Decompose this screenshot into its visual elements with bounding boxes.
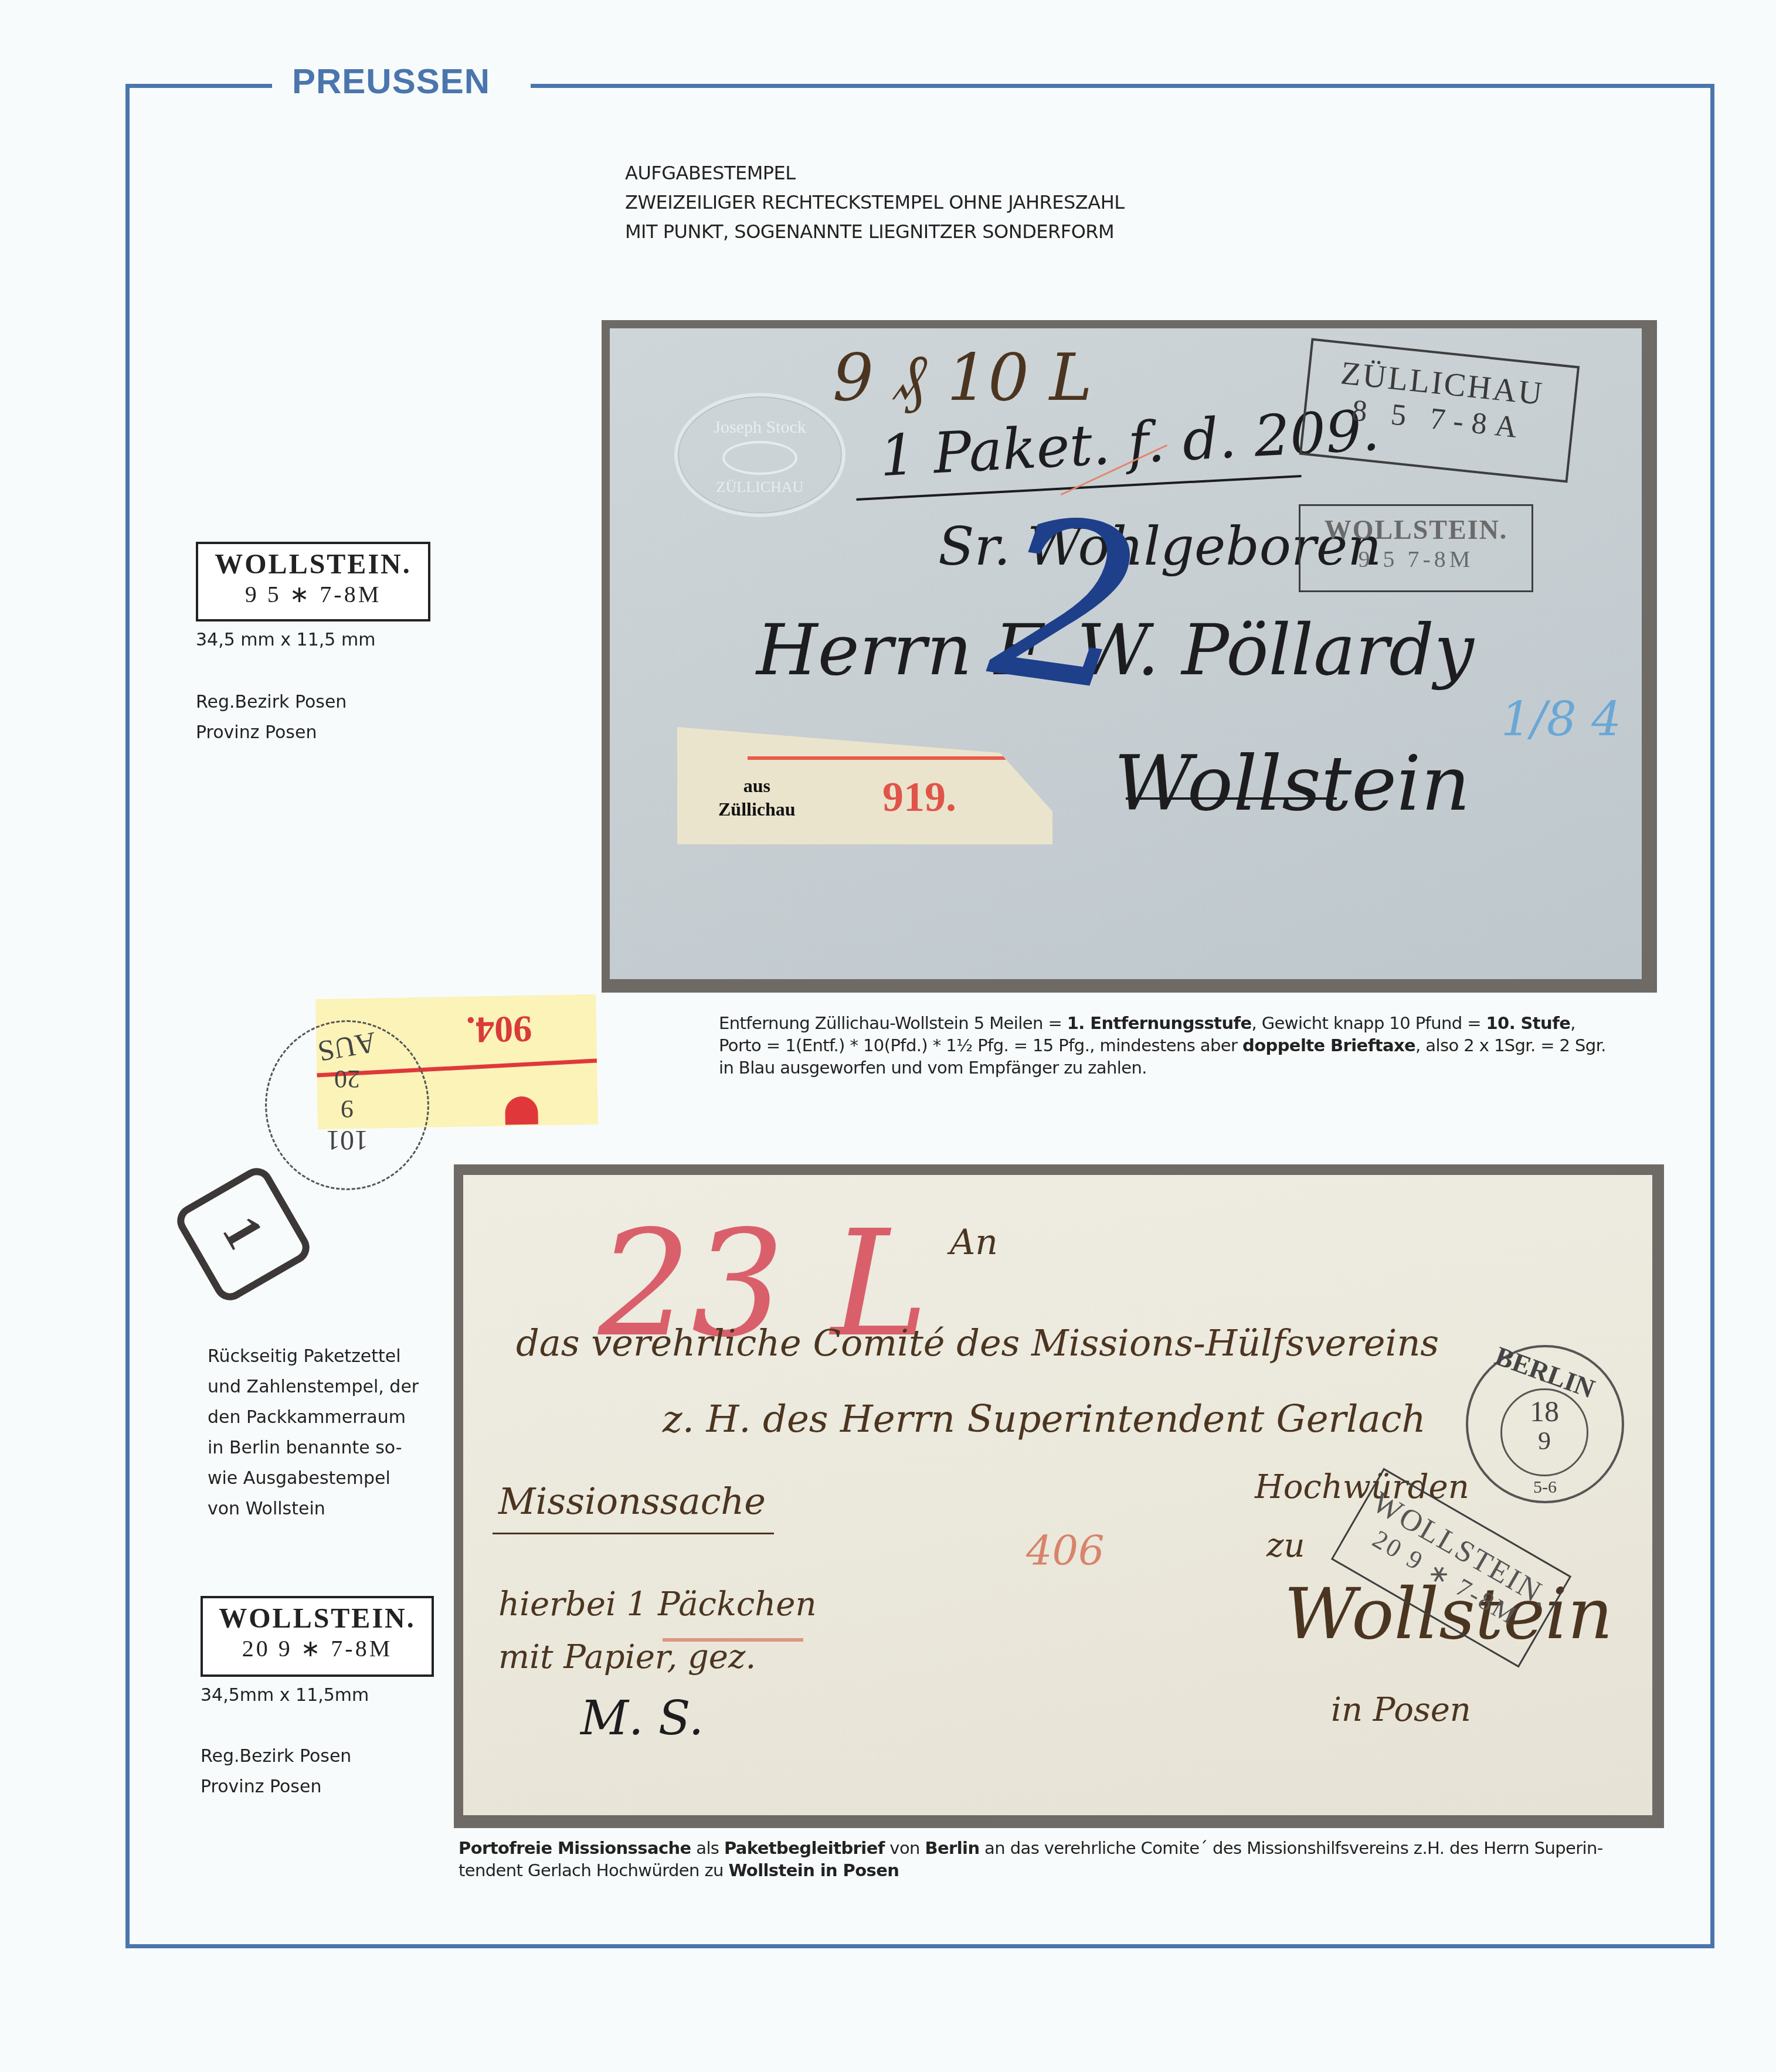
caption-run: , also 2 x 1Sgr. = 2 Sgr. — [1415, 1035, 1606, 1055]
cover2-ms-left1: Missionssache — [498, 1480, 766, 1523]
stamp-date: 20 9 ∗ 7-8M — [203, 1635, 432, 1663]
note-line: von Wollstein — [208, 1494, 419, 1524]
stamp-name: WOLLSTEIN. — [203, 1603, 432, 1635]
reverse-label-number: 904. — [466, 1007, 532, 1052]
cover2-ms-line6: in Posen — [1331, 1691, 1471, 1729]
region-line: Provinz Posen — [196, 718, 347, 748]
note-line: wie Ausgabestempel — [208, 1463, 419, 1494]
cover2-berlin-stamp: BERLIN 18 9 5-6 — [1466, 1345, 1624, 1503]
caption-run: Portofreie Missionssache — [459, 1838, 691, 1858]
caption-run: an das verehrliche Comite´ des Missionsh… — [980, 1838, 1603, 1858]
caption-run: tendent Gerlach Hochwürden zu — [459, 1860, 728, 1880]
stamp-replica-1: WOLLSTEIN. 9 5 ∗ 7-8M — [196, 542, 430, 621]
region-line: Reg.Bezirk Posen — [201, 1741, 351, 1772]
caption-run: Paketbegleitbrief — [724, 1838, 885, 1858]
section-heading: AUFGABESTEMPEL ZWEIZEILIGER RECHTECKSTEM… — [625, 158, 1125, 246]
round-stamp-day: 20 — [267, 1064, 427, 1094]
stamp-replica-2: WOLLSTEIN. 20 9 ∗ 7-8M — [201, 1596, 434, 1677]
caption-run: Entfernung Züllichau-Wollstein 5 Meilen … — [719, 1013, 1067, 1033]
arrival-stamp-name: WOLLSTEIN. — [1300, 514, 1531, 545]
frame-top-right-rule — [531, 84, 1714, 88]
berlin-inner-ring: 18 9 — [1500, 1388, 1588, 1476]
round-stamp-month: 9 — [267, 1094, 427, 1124]
caption-run: in Blau ausgeworfen und vom Empfänger zu… — [719, 1058, 1147, 1078]
cover2-ms-line0: An — [950, 1222, 998, 1263]
caption-run: , — [1570, 1013, 1575, 1033]
caption-line: Porto = 1(Entf.) * 10(Pfd.) * 1½ Pfg. = … — [719, 1034, 1606, 1057]
note-line: den Packkammerraum — [208, 1402, 419, 1433]
cover2-ms-line1: das verehrliche Comité des Missions-Hülf… — [516, 1322, 1439, 1364]
heading-line: MIT PUNKT, SOGENANNTE LIEGNITZER SONDERF… — [625, 217, 1125, 246]
stamp2-region: Reg.Bezirk Posen Provinz Posen — [201, 1741, 351, 1802]
frame-top-left-rule — [125, 84, 272, 88]
cover1-ms-rate: 9 ₰ 10 L — [833, 340, 1092, 416]
cover2-caption: Portofreie Missionssache als Paketbeglei… — [459, 1837, 1603, 1881]
stamp-name: WOLLSTEIN. — [198, 549, 428, 580]
page-title: PREUSSEN — [292, 61, 490, 101]
caption-run: von — [885, 1838, 925, 1858]
emboss-line: Joseph Stock — [678, 417, 842, 437]
heading-line: AUFGABESTEMPEL — [625, 158, 1125, 188]
caption-line: tendent Gerlach Hochwürden zu Wollstein … — [459, 1859, 1603, 1881]
caption-run: Berlin — [925, 1838, 979, 1858]
note-line: Rückseitig Paketzettel — [208, 1341, 419, 1372]
stamp1-size: 34,5 mm x 11,5 mm — [196, 625, 375, 655]
cover1-envelope: Joseph Stock ZÜLLICHAU 9 ₰ 10 L 1 Paket.… — [610, 328, 1642, 979]
stamp2-size: 34,5mm x 11,5mm — [201, 1680, 369, 1711]
caption-line: in Blau ausgeworfen und vom Empfänger zu… — [719, 1057, 1606, 1079]
berlin-month: 9 — [1502, 1426, 1587, 1456]
caption-run: , Gewicht knapp 10 Pfund = — [1252, 1013, 1486, 1033]
caption-line: Entfernung Züllichau-Wollstein 5 Meilen … — [719, 1012, 1606, 1034]
cover1-blue-tax: 2 — [979, 466, 1156, 743]
berlin-bottom: 5-6 — [1468, 1477, 1622, 1497]
label-line: aus — [718, 774, 796, 797]
region-line: Reg.Bezirk Posen — [196, 687, 347, 718]
cover1-caption: Entfernung Züllichau-Wollstein 5 Meilen … — [719, 1012, 1606, 1079]
caption-run: 10. Stufe — [1486, 1013, 1570, 1033]
label-line: Züllichau — [718, 797, 796, 821]
emboss-oval — [722, 441, 797, 475]
label-origin: aus Züllichau — [718, 774, 796, 821]
note-line: und Zahlenstempel, der — [208, 1372, 419, 1402]
cover1-emboss-seal: Joseph Stock ZÜLLICHAU — [674, 393, 845, 517]
berlin-day: 18 — [1502, 1396, 1587, 1426]
region-line: Provinz Posen — [201, 1772, 351, 1802]
stamp-date: 9 5 ∗ 7-8M — [198, 580, 428, 609]
caption-run: Porto = 1(Entf.) * 10(Pfd.) * 1½ Pfg. = … — [719, 1035, 1242, 1055]
cover1-underline-2 — [1126, 797, 1337, 800]
round-stamp-bottom: 101 — [267, 1124, 427, 1156]
label-red-dot — [505, 1096, 538, 1125]
caption-run: 1. Entfernungsstufe — [1067, 1013, 1252, 1033]
cover2-ms-left3: mit Papier, gez. — [498, 1638, 756, 1676]
note-line: in Berlin benannte so- — [208, 1433, 419, 1463]
numeral-value: 1 — [198, 1199, 287, 1266]
caption-line: Portofreie Missionssache als Paketbeglei… — [459, 1837, 1603, 1859]
cover1-ms-line4: Wollstein — [1114, 739, 1470, 828]
caption-run: als — [691, 1838, 724, 1858]
caption-run: Wollstein in Posen — [728, 1860, 899, 1880]
reverse-round-stamp: AUS 20 9 101 — [265, 1020, 429, 1190]
emboss-line: ZÜLLICHAU — [678, 478, 842, 496]
cover1-light-blue-note: 1/8 4 — [1501, 692, 1621, 746]
cover2-ms-line4: zu — [1266, 1527, 1305, 1565]
heading-line: ZWEIZEILIGER RECHTECKSTEMPEL OHNE JAHRES… — [625, 188, 1125, 217]
label-number: 919. — [882, 773, 956, 821]
cover2-underline — [493, 1533, 774, 1534]
cover2-envelope: 23 L An das verehrliche Comité des Missi… — [463, 1175, 1652, 1815]
cover2-red-number: 406 — [1026, 1527, 1105, 1575]
label-red-rule — [748, 756, 1006, 760]
stamp1-region: Reg.Bezirk Posen Provinz Posen — [196, 687, 347, 748]
reverse-note: Rückseitig Paketzettel und Zahlenstempel… — [208, 1341, 419, 1524]
cover2-ms-left4: M. S. — [580, 1691, 704, 1745]
cover1-arrival-stamp: WOLLSTEIN. 9 5 7-8M — [1299, 504, 1533, 592]
cover2-ms-left2: hierbei 1 Päckchen — [498, 1585, 817, 1623]
cover1-parcel-label: aus Züllichau 919. — [677, 727, 1052, 844]
caption-run: doppelte Brieftaxe — [1242, 1035, 1415, 1055]
cover2-ms-line2: z. H. des Herrn Superintendent Gerlach — [663, 1398, 1426, 1441]
arrival-stamp-date: 9 5 7-8M — [1300, 545, 1531, 573]
